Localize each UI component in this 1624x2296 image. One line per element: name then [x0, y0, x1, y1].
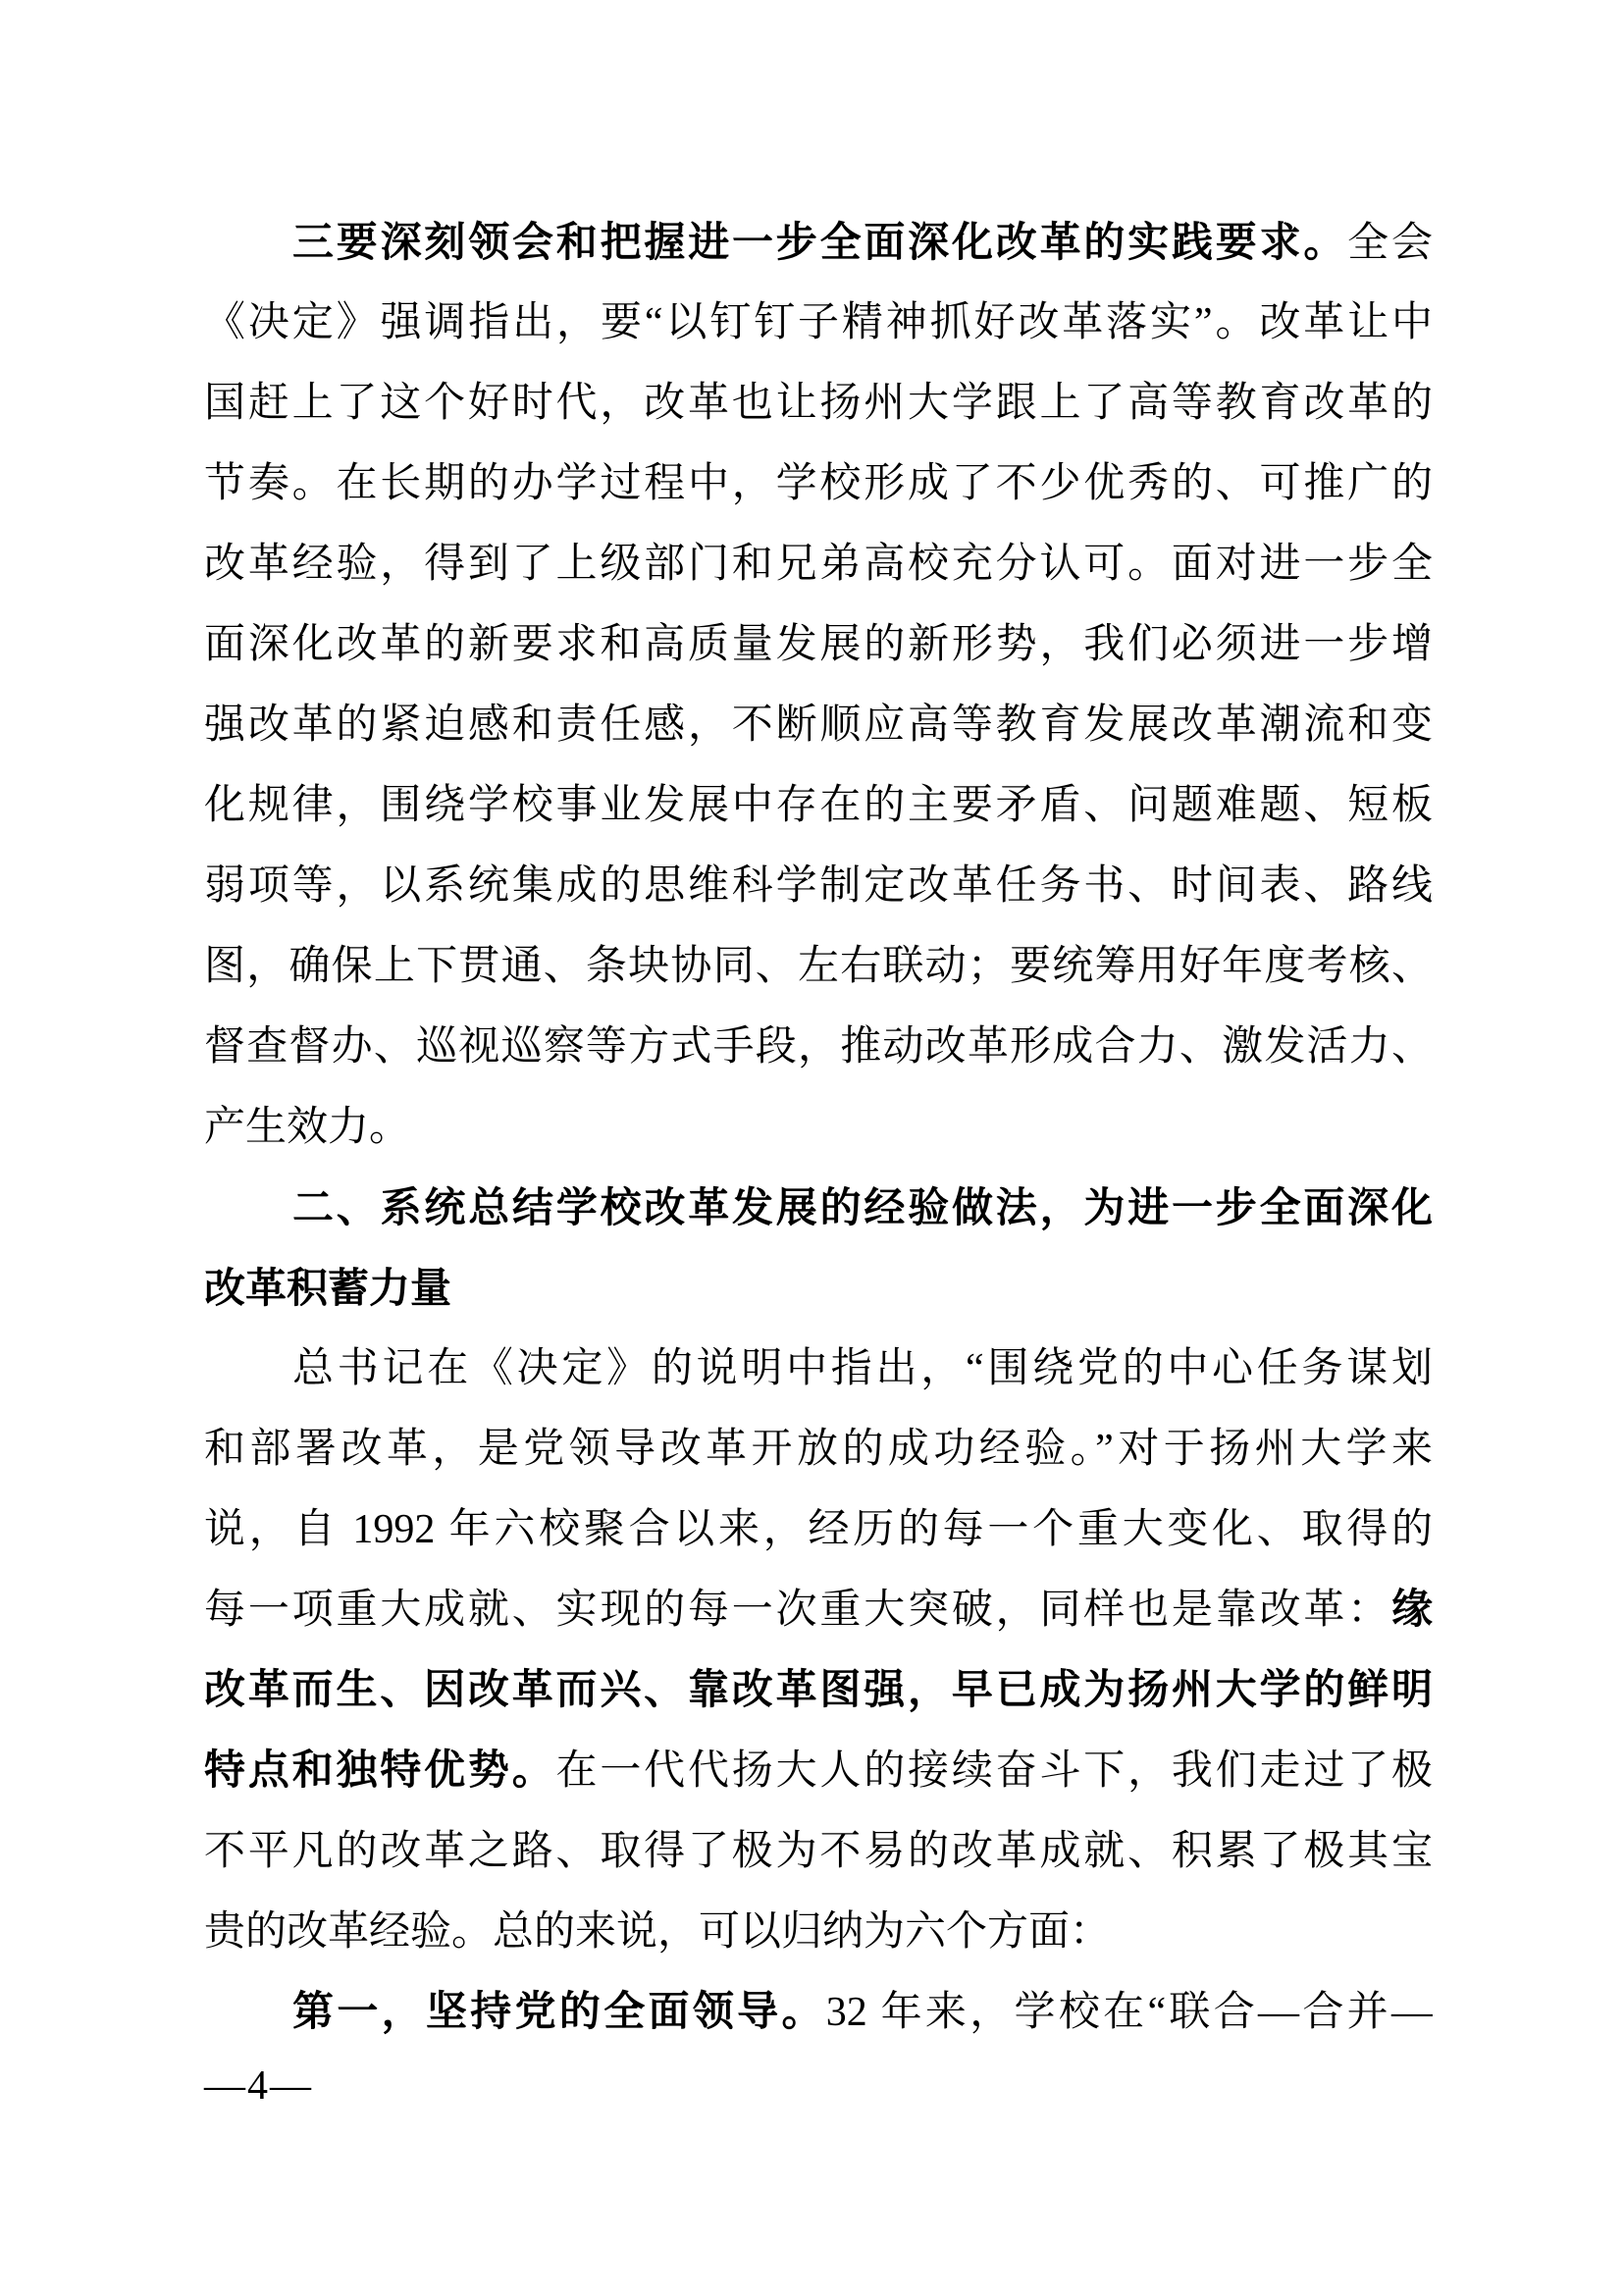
text-run: 国赶上了这个好时代，改革也让扬州大学跟上了高等教育改革的: [204, 381, 1433, 426]
text-line: 弱项等，以系统集成的思维科学制定改革任务书、时间表、路线: [204, 846, 1433, 926]
text-line: 督查督办、巡视巡察等方式手段，推动改革形成合力、激发活力、: [204, 1007, 1433, 1087]
text-line: 说，自 1992 年六校聚合以来，经历的每一个重大变化、取得的: [204, 1489, 1433, 1570]
text-line: 二、系统总结学校改革发展的经验做法，为进一步全面深化: [204, 1168, 1433, 1248]
text-line: 图，确保上下贯通、条块协同、左右联动；要统筹用好年度考核、: [204, 926, 1433, 1007]
text-line: 改革而生、因改革而兴、靠改革图强，早已成为扬州大学的鲜明: [204, 1650, 1433, 1731]
text-run: 每一项重大成就、实现的每一次重大突破，同样也是靠改革：: [204, 1588, 1391, 1633]
text-run: 化规律，围绕学校事业发展中存在的主要矛盾、问题难题、短板: [204, 783, 1433, 828]
text-run: 和部署改革，是党领导改革开放的成功经验。”对于扬州大学来: [204, 1427, 1433, 1472]
text-line: 面深化改革的新要求和高质量发展的新形势，我们必须进一步增: [204, 604, 1433, 685]
text-line: 节奏。在长期的办学过程中，学校形成了不少优秀的、可推广的: [204, 444, 1433, 524]
page-number: —4—: [204, 2057, 313, 2115]
document-page: 三要深刻领会和把握进一步全面深化改革的实践要求。全会《决定》强调指出，要“以钉钉…: [0, 0, 1624, 2296]
text-run: 全会: [1347, 221, 1433, 266]
text-line: 总书记在《决定》的说明中指出，“围绕党的中心任务谋划: [204, 1329, 1433, 1409]
emphasis-text-run: 二、系统总结学校改革发展的经验做法，为进一步全面深化: [292, 1184, 1433, 1230]
emphasis-text-run: 三要深刻领会和把握进一步全面深化改革的实践要求。: [292, 219, 1347, 265]
emphasis-text-run: 第一，坚持党的全面领导。: [292, 1990, 826, 2035]
text-line: 《决定》强调指出，要“以钉钉子精神抓好改革落实”。改革让中: [204, 283, 1433, 363]
emphasis-text-run: 缘: [1391, 1588, 1433, 1633]
text-run: 产生效力。: [204, 1105, 410, 1150]
text-run: 改革经验，得到了上级部门和兄弟高校充分认可。面对进一步全: [204, 542, 1433, 587]
emphasis-text-run: 特点和独特优势。: [204, 1748, 556, 1794]
text-run: 在一代代扬大人的接续奋斗下，我们走过了极: [556, 1748, 1433, 1794]
text-run: 弱项等，以系统集成的思维科学制定改革任务书、时间表、路线: [204, 863, 1433, 909]
text-line: 特点和独特优势。在一代代扬大人的接续奋斗下，我们走过了极: [204, 1731, 1433, 1811]
text-line: 改革积蓄力量: [204, 1248, 1433, 1329]
text-run: 不平凡的改革之路、取得了极为不易的改革成就、积累了极其宝: [204, 1829, 1433, 1874]
text-line: 每一项重大成就、实现的每一次重大突破，同样也是靠改革：缘: [204, 1570, 1433, 1650]
text-run: 督查督办、巡视巡察等方式手段，推动改革形成合力、激发活力、: [204, 1024, 1433, 1070]
text-run: 32 年来，学校在“联合—合并—: [826, 1990, 1433, 2035]
text-run: 《决定》强调指出，要“以钉钉子精神抓好改革落实”。改革让中: [204, 300, 1433, 345]
text-line: 产生效力。: [204, 1087, 1433, 1168]
text-line: 第一，坚持党的全面领导。32 年来，学校在“联合—合并—: [204, 1972, 1433, 2053]
text-line: 不平凡的改革之路、取得了极为不易的改革成就、积累了极其宝: [204, 1811, 1433, 1892]
text-run: 强改革的紧迫感和责任感，不断顺应高等教育发展改革潮流和变: [204, 703, 1433, 748]
text-line: 改革经验，得到了上级部门和兄弟高校充分认可。面对进一步全: [204, 524, 1433, 604]
text-line: 化规律，围绕学校事业发展中存在的主要矛盾、问题难题、短板: [204, 765, 1433, 846]
text-run: 总书记在《决定》的说明中指出，“围绕党的中心任务谋划: [292, 1346, 1433, 1391]
text-line: 和部署改革，是党领导改革开放的成功经验。”对于扬州大学来: [204, 1409, 1433, 1489]
emphasis-text-run: 改革而生、因改革而兴、靠改革图强，早已成为扬州大学的鲜明: [204, 1668, 1433, 1713]
document-body: 三要深刻领会和把握进一步全面深化改革的实践要求。全会《决定》强调指出，要“以钉钉…: [204, 202, 1433, 2053]
text-run: 节奏。在长期的办学过程中，学校形成了不少优秀的、可推广的: [204, 461, 1433, 506]
text-run: 图，确保上下贯通、条块协同、左右联动；要统筹用好年度考核、: [204, 944, 1433, 989]
text-line: 三要深刻领会和把握进一步全面深化改革的实践要求。全会: [204, 202, 1433, 283]
text-run: 贵的改革经验。总的来说，可以归纳为六个方面：: [204, 1909, 1111, 1955]
text-line: 贵的改革经验。总的来说，可以归纳为六个方面：: [204, 1892, 1433, 1972]
text-line: 国赶上了这个好时代，改革也让扬州大学跟上了高等教育改革的: [204, 363, 1433, 444]
text-line: 强改革的紧迫感和责任感，不断顺应高等教育发展改革潮流和变: [204, 685, 1433, 765]
text-run: 说，自 1992 年六校聚合以来，经历的每一个重大变化、取得的: [204, 1507, 1433, 1552]
text-run: 面深化改革的新要求和高质量发展的新形势，我们必须进一步增: [204, 622, 1433, 667]
emphasis-text-run: 改革积蓄力量: [204, 1265, 451, 1311]
